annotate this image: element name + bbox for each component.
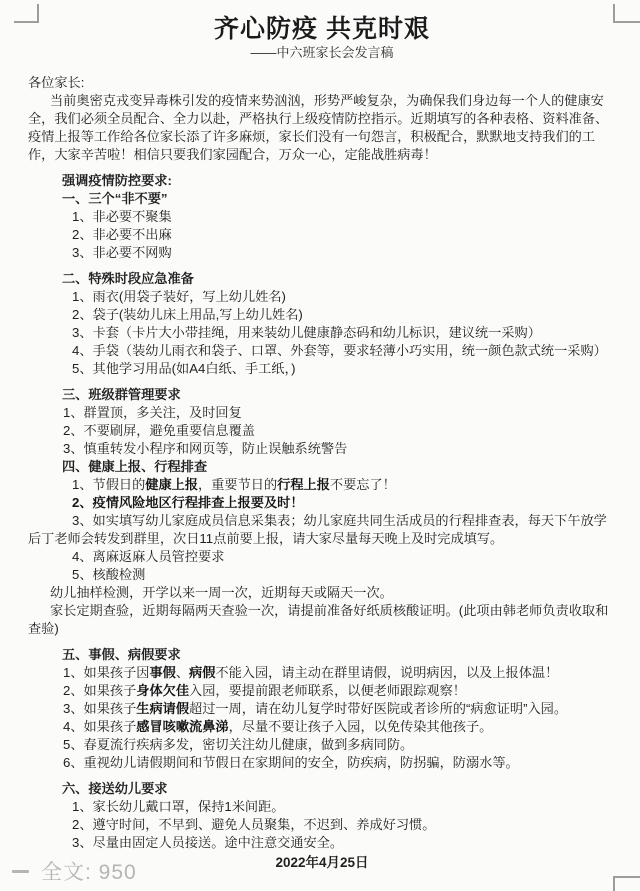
list-item: 3、尽量由固定人员接送。途中注意交通安全。 xyxy=(72,834,616,852)
list-item: 5、其他学习用品(如A4白纸、手工纸，) xyxy=(72,360,616,378)
list-item: 3、慎重转发小程序和网页等，防止误触系统警告 xyxy=(63,440,616,458)
list-item: 4、手袋（装幼儿雨衣和袋子、口罩、外套等，要求轻薄小巧实用，统一颜色款式统一采购… xyxy=(72,342,616,360)
section-heading: 二、特殊时段应急准备 xyxy=(62,270,616,288)
list-item: 2、遵守时间，不早到、避免人员聚集，不迟到、养成好习惯。 xyxy=(72,816,616,834)
salutation: 各位家长: xyxy=(28,74,616,92)
list-item: 3、非必要不网购 xyxy=(72,244,616,262)
section-gap xyxy=(28,638,616,646)
list-item: 6、重视幼儿请假期间和节假日在家期间的安全，防疾病，防拐骗，防溺水等。 xyxy=(63,754,616,772)
dash-icon xyxy=(12,870,29,873)
document-body: 一、三个“非不要”1、非必要不聚集2、非必要不出麻3、非必要不网购二、特殊时段应… xyxy=(28,190,616,852)
list-item: 3、如果孩子生病请假超过一周，请在幼儿复学时带好医院或者诊所的“病愈证明”入园。 xyxy=(63,700,616,718)
word-count-badge[interactable]: 全文: 950 xyxy=(12,856,137,886)
list-item: 4、离麻返麻人员管控要求 xyxy=(72,548,616,566)
list-item: 1、非必要不聚集 xyxy=(72,208,616,226)
list-item: 家长定期查验，近期每隔两天查验一次，请提前准备好纸质核酸证明。(此项由韩老师负责… xyxy=(28,602,616,638)
list-item: 3、如实填写幼儿家庭成员信息采集表；幼儿家庭共同生活成员的行程排查表，每天下午放… xyxy=(28,512,616,548)
list-item: 幼儿抽样检测，开学以来一周一次，近期每天或隔天一次。 xyxy=(28,584,616,602)
list-item: 1、家长幼儿戴口罩，保持1米间距。 xyxy=(72,798,616,816)
list-item: 1、如果孩子因事假、病假不能入园，请主动在群里请假，说明病因，以及上报体温！ xyxy=(63,664,616,682)
crop-corner-bottom-right-icon xyxy=(613,876,640,891)
list-item: 1、节假日的健康上报，重要节日的行程上报不要忘了！ xyxy=(72,476,616,494)
section-gap xyxy=(28,378,616,386)
list-item: 2、疫情风险地区行程排查上报要及时！ xyxy=(72,494,616,512)
document-subtitle: ——中六班家长会发言稿 xyxy=(28,44,616,62)
list-item: 5、核酸检测 xyxy=(72,566,616,584)
document-title: 齐心防疫 共克时艰 xyxy=(28,20,616,38)
section-gap xyxy=(28,772,616,780)
list-item: 2、不要刷屏，避免重要信息覆盖 xyxy=(63,422,616,440)
section-heading: 三、班级群管理要求 xyxy=(62,386,616,404)
list-item: 2、非必要不出麻 xyxy=(72,226,616,244)
section-gap xyxy=(28,262,616,270)
section-heading: 一、三个“非不要” xyxy=(62,190,616,208)
emphasis-heading: 强调疫情防控要求: xyxy=(62,172,616,190)
section-heading: 五、事假、病假要求 xyxy=(62,646,616,664)
word-count-label: 全文: 950 xyxy=(41,856,137,886)
list-item: 1、群置顶，多关注，及时回复 xyxy=(63,404,616,422)
section-heading: 六、接送幼儿要求 xyxy=(62,780,616,798)
list-item: 2、如果孩子身体欠佳入园，要提前跟老师联系，以便老师跟踪观察！ xyxy=(63,682,616,700)
list-item: 1、雨衣(用袋子装好，写上幼儿姓名) xyxy=(72,288,616,306)
intro-paragraph: 当前奥密克戎变异毒株引发的疫情来势汹汹，形势严峻复杂，为确保我们身边每一个人的健… xyxy=(28,92,616,164)
list-item: 3、卡套（卡片大小带挂绳，用来装幼儿健康静态码和幼儿标识，建议统一采购） xyxy=(72,324,616,342)
list-item: 4、如果孩子感冒咳嗽流鼻涕，尽量不要让孩子入园，以免传染其他孩子。 xyxy=(63,718,616,736)
section-heading: 四、健康上报、行程排查 xyxy=(62,458,616,476)
document-page: 齐心防疫 共克时艰 ——中六班家长会发言稿 各位家长: 当前奥密克戎变异毒株引发… xyxy=(0,20,640,872)
list-item: 2、袋子(装幼儿床上用品,写上幼儿姓名) xyxy=(72,306,616,324)
list-item: 5、春夏流行疾病多发，密切关注幼儿健康，做到多病同防。 xyxy=(63,736,616,754)
